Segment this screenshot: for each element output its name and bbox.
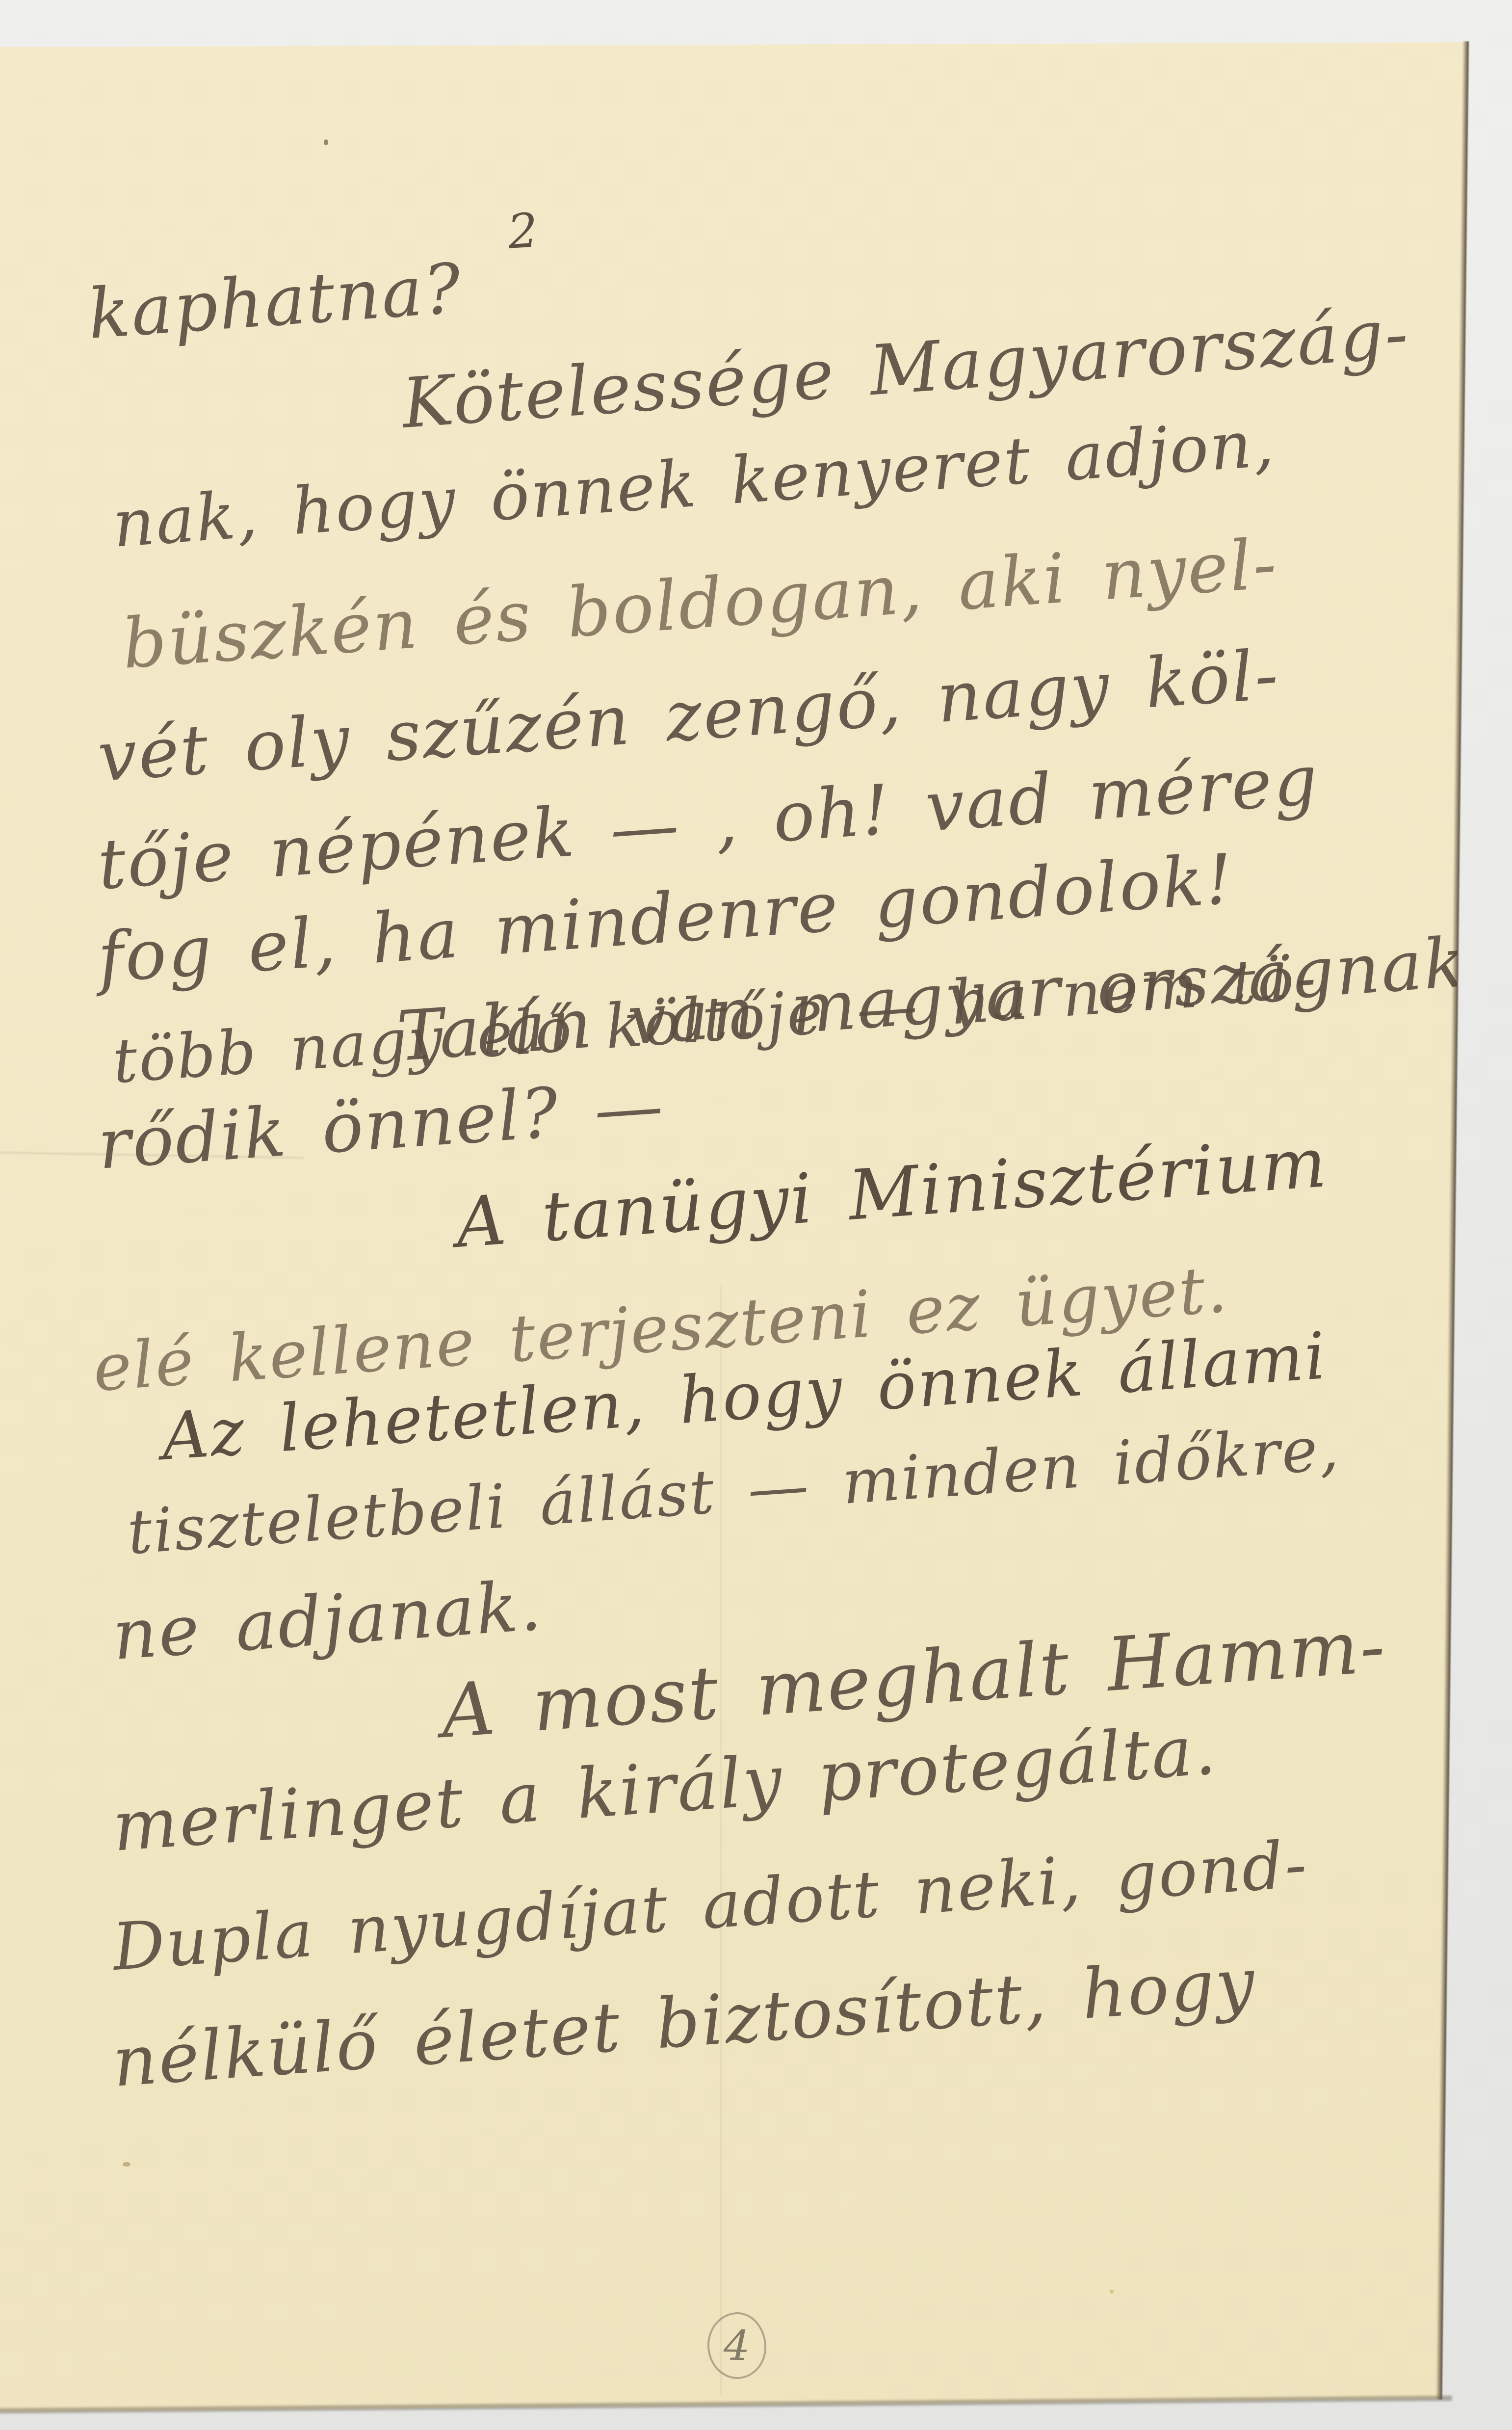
scan-background: { "document": { "kind": "scanned handwri… <box>0 0 1512 2430</box>
paper-crease-vertical <box>720 1286 722 2395</box>
archival-page-number: 4 <box>723 2322 750 2370</box>
archival-page-mark: 4 <box>706 2311 768 2380</box>
scanned-letter-scene: 2 kaphatna? Kötelessége Magyarország- na… <box>0 0 1512 2430</box>
handwritten-line-1: kaphatna? <box>85 249 465 355</box>
letter-paper: 2 kaphatna? Kötelessége Magyarország- na… <box>0 0 1512 2430</box>
paper-fleck <box>123 2162 130 2166</box>
handwritten-line-15: ne adjanak. <box>110 1566 545 1676</box>
page-number: 2 <box>506 203 540 260</box>
paper-fleck <box>1110 2290 1114 2294</box>
paper-fleck <box>324 139 328 145</box>
